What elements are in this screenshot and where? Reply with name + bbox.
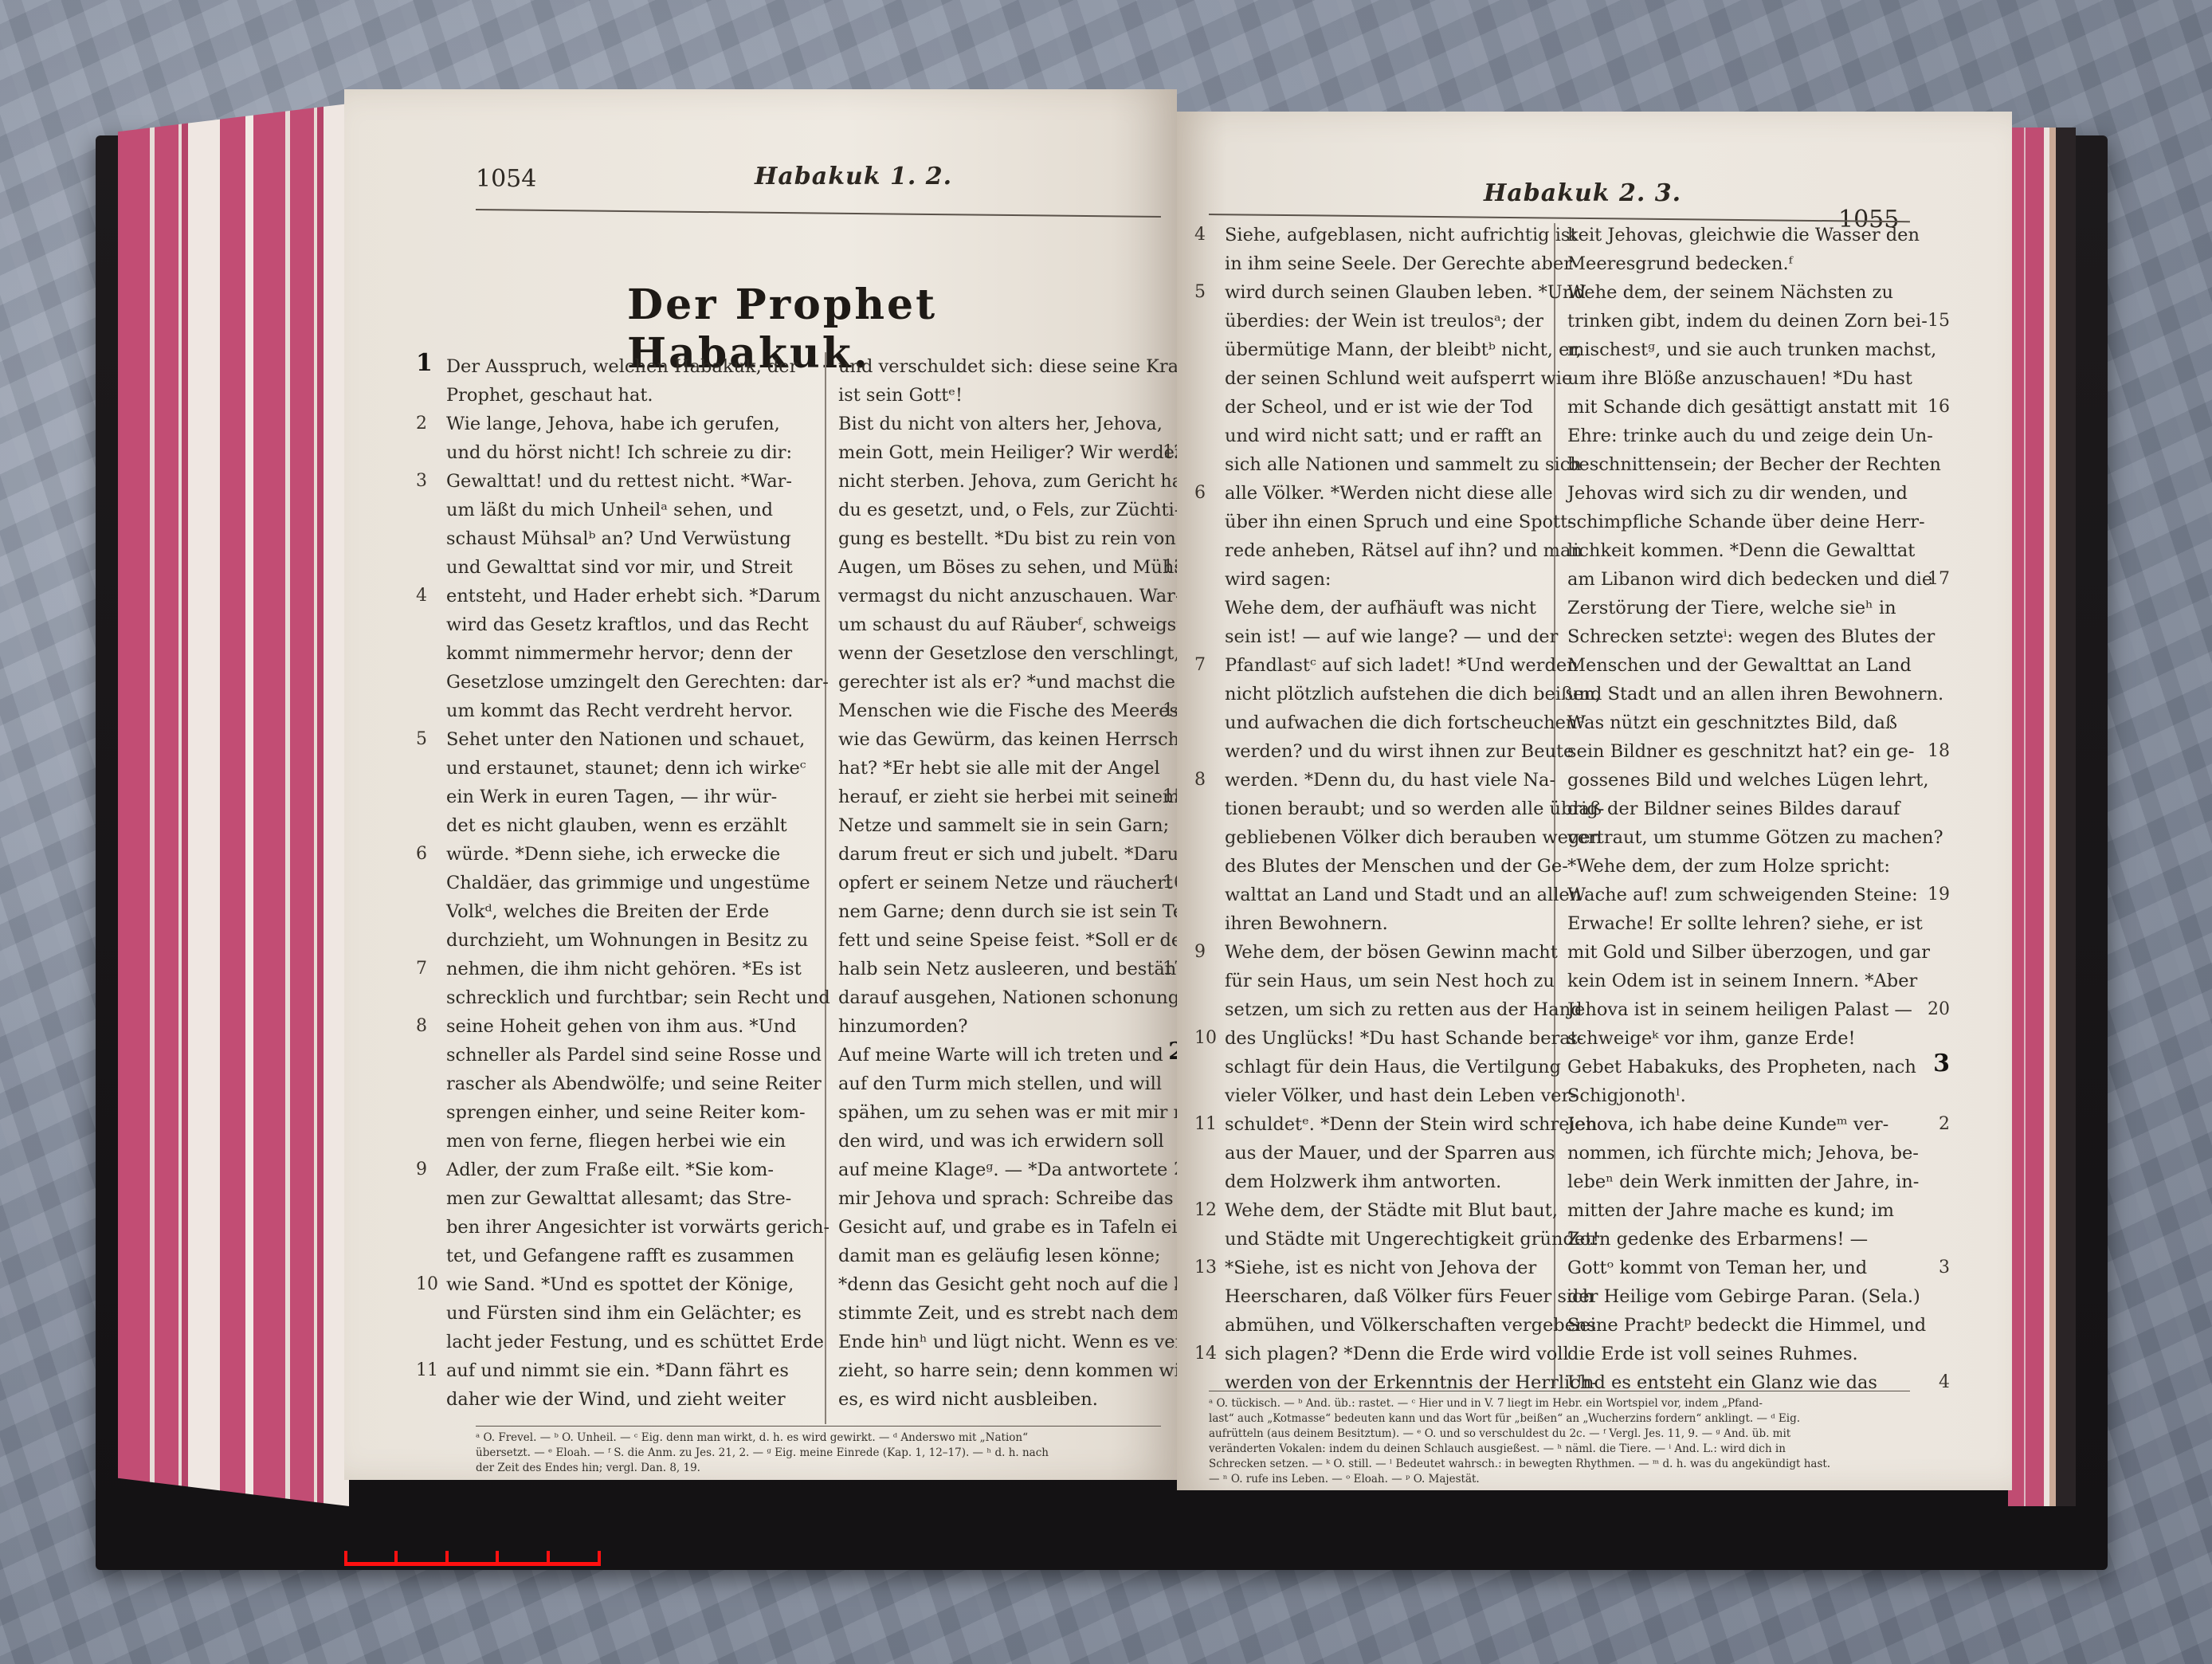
verse-line: walttat an Land und Stadt und an allen	[1225, 881, 1543, 909]
verse-line: du es gesetzt, und, o Fels, zur Züchti-	[838, 496, 1153, 524]
verse-line: Sehet unter den Nationen und schauet,5	[446, 725, 813, 754]
verse-number: 6	[416, 840, 427, 869]
verse-number: 1	[416, 349, 433, 378]
verse-number: 5	[1194, 278, 1206, 307]
verse-line: nicht plötzlich aufstehen die dich beiße…	[1225, 680, 1543, 708]
verse-line: schneller als Pardel sind seine Rosse un…	[446, 1041, 813, 1069]
verse-line: Netze und sammelt sie in sein Garn;	[838, 811, 1153, 840]
verse-number: 10	[416, 1270, 438, 1299]
verse-line: werden. *Denn du, du hast viele Na-8	[1225, 766, 1543, 795]
verse-line: sprengen einher, und seine Reiter kom-	[446, 1098, 813, 1127]
verse-number: 2	[1939, 1110, 1950, 1139]
verse-line: am Libanon wird dich bedecken und die17	[1567, 565, 1918, 594]
verse-line: mein Gott, mein Heiliger? Wir werden12	[838, 438, 1153, 467]
verse-line: men von ferne, fliegen herbei wie ein	[446, 1127, 813, 1156]
scale-bar	[344, 1562, 601, 1566]
footnote-line: aufrütteln (aus deinem Besitztum). — ᵉ O…	[1209, 1427, 1910, 1442]
verse-line: vertraut, um stumme Götzen zu machen?	[1567, 823, 1918, 852]
scale-tick	[496, 1551, 499, 1565]
verse-number: 15	[1928, 307, 1950, 336]
verse-line: und verschuldet sich: diese seine Kraft	[838, 352, 1153, 381]
verse-line: mit Schande dich gesättigt anstatt mit16	[1567, 393, 1918, 422]
verse-line: gung es bestellt. *Du bist zu rein von	[838, 524, 1153, 553]
verse-line: hinzumorden?	[838, 1012, 1153, 1041]
verse-line: Seine Prachtᵖ bedeckt die Himmel, und	[1567, 1311, 1918, 1340]
text-column-2: und verschuldet sich: diese seine Krafti…	[838, 352, 1153, 1414]
verse-number: 10	[1194, 1024, 1217, 1053]
verse-line: Was nützt ein geschnitztes Bild, daß	[1567, 708, 1918, 737]
verse-line: Der Ausspruch, welchen Habakuk, der1	[446, 352, 813, 381]
verse-line: setzen, um sich zu retten aus der Hand	[1225, 995, 1543, 1024]
verse-line: vieler Völker, und hast dein Leben ver-	[1225, 1081, 1543, 1110]
verse-line: wird das Gesetz kraftlos, und das Recht	[446, 610, 813, 639]
verse-line: und Gewalttat sind vor mir, und Streit	[446, 553, 813, 582]
verse-line: trinken gibt, indem du deinen Zorn bei-1…	[1567, 307, 1918, 336]
verse-number: 13	[1194, 1254, 1217, 1282]
verse-line: Und es entsteht ein Glanz wie das4	[1567, 1368, 1918, 1397]
verse-line: det es nicht glauben, wenn es erzählt	[446, 811, 813, 840]
verse-line: tet, und Gefangene rafft es zusammen	[446, 1242, 813, 1270]
verse-line: des Blutes der Menschen und der Ge-	[1225, 852, 1543, 881]
verse-line: würde. *Denn siehe, ich erwecke die6	[446, 840, 813, 869]
verse-line: lebeⁿ dein Werk inmitten der Jahre, in-	[1567, 1168, 1918, 1196]
verse-line: Jehova, ich habe deine Kundeᵐ ver-2	[1567, 1110, 1918, 1139]
verse-line: darum freut er sich und jubelt. *Darum	[838, 840, 1153, 869]
verse-line: Wehe dem, der bösen Gewinn macht9	[1225, 938, 1543, 967]
footnotes: ᵃ O. Frevel. — ᵇ O. Unheil. — ᶜ Eig. den…	[476, 1430, 1161, 1476]
verse-line: Wehe dem, der Städte mit Blut baut,12	[1225, 1196, 1543, 1225]
verse-line: es, es wird nicht ausbleiben.	[838, 1385, 1153, 1414]
verse-line: der seinen Schlund weit aufsperrt wie	[1225, 364, 1543, 393]
verse-line: in ihm seine Seele. Der Gerechte aber	[1225, 249, 1543, 278]
verse-line: Auf meine Warte will ich treten und2	[838, 1041, 1153, 1069]
footnote-rule	[476, 1426, 1161, 1427]
verse-line: nicht sterben. Jehova, zum Gericht hast	[838, 467, 1153, 496]
verse-line: auf meine Klageᵍ. — *Da antwortete2	[838, 1156, 1153, 1184]
verse-line: ben ihrer Angesichter ist vorwärts geric…	[446, 1213, 813, 1242]
verse-line: lacht jeder Festung, und es schüttet Erd…	[446, 1328, 813, 1356]
verse-line: Gebet Habakuks, des Propheten, nach3	[1567, 1053, 1918, 1081]
verse-line: sich alle Nationen und sammelt zu sich	[1225, 450, 1543, 479]
verse-line: Gottᵒ kommt von Teman her, und3	[1567, 1254, 1918, 1282]
verse-line: für sein Haus, um sein Nest hoch zu	[1225, 967, 1543, 995]
verse-number: 11	[416, 1356, 438, 1385]
verse-line: Volkᵈ, welches die Breiten der Erde	[446, 897, 813, 926]
verse-line: den wird, und was ich erwidern soll	[838, 1127, 1153, 1156]
scale-tick	[598, 1551, 601, 1565]
verse-line: Schrecken setzteⁱ: wegen des Blutes der	[1567, 622, 1918, 651]
verse-line: um läßt du mich Unheilᵃ sehen, und	[446, 496, 813, 524]
verse-line: alle Völker. *Werden nicht diese alle6	[1225, 479, 1543, 508]
verse-line: Menschen wie die Fische des Meeres,14	[838, 697, 1153, 725]
verse-line: der Scheol, und er ist wie der Tod	[1225, 393, 1543, 422]
verse-number: 3	[1933, 1050, 1950, 1078]
verse-line: und wird nicht satt; und er rafft an	[1225, 422, 1543, 450]
verse-line: Gesicht auf, und grabe es in Tafeln ein,	[838, 1213, 1153, 1242]
verse-line: und aufwachen die dich fortscheuchenᵈ	[1225, 708, 1543, 737]
verse-line: Ende hinʰ und lügt nicht. Wenn es ver-	[838, 1328, 1153, 1356]
verse-line: um kommt das Recht verdreht hervor.	[446, 697, 813, 725]
verse-line: schweigeᵏ vor ihm, ganze Erde!	[1567, 1024, 1918, 1053]
verse-line: und Stadt und an allen ihren Bewohnern.	[1567, 680, 1918, 708]
verse-line: gossenes Bild und welches Lügen lehrt,	[1567, 766, 1918, 795]
verse-line: nem Garne; denn durch sie ist sein Teil	[838, 897, 1153, 926]
verse-line: Augen, um Böses zu sehen, und Mühsalᵇ13	[838, 553, 1153, 582]
verse-number: 4	[1939, 1368, 1950, 1397]
verse-line: men zur Gewalttat allesamt; das Stre-	[446, 1184, 813, 1213]
verse-line: mitten der Jahre mache es kund; im	[1567, 1196, 1918, 1225]
verse-line: überdies: der Wein ist treulosᵃ; der	[1225, 307, 1543, 336]
verse-line: halb sein Netz ausleeren, und beständig1…	[838, 955, 1153, 983]
verse-line: Erwache! Er sollte lehren? siehe, er ist	[1567, 909, 1918, 938]
text-column-1: Siehe, aufgeblasen, nicht aufrichtig ist…	[1225, 221, 1543, 1397]
verse-line: Ehre: trinke auch du und zeige dein Un-	[1567, 422, 1918, 450]
verse-line: gerechter ist als er? *und machst die	[838, 668, 1153, 697]
verse-line: schuldetᵉ. *Denn der Stein wird schreien…	[1225, 1110, 1543, 1139]
verse-number: 8	[1194, 766, 1206, 795]
verse-line: die Erde ist voll seines Ruhmes.	[1567, 1340, 1918, 1368]
footnote-line: ᵃ O. tückisch. — ᵇ And. üb.: rastet. — ᶜ…	[1209, 1396, 1910, 1411]
verse-line: schimpfliche Schande über deine Herr-	[1567, 508, 1918, 536]
footnote-line: ᵃ O. Frevel. — ᵇ O. Unheil. — ᶜ Eig. den…	[476, 1430, 1161, 1446]
verse-line: um schaust du auf Räuberᶠ, schweigst,	[838, 610, 1153, 639]
page-number: 1054	[476, 165, 536, 193]
verse-line: hat? *Er hebt sie alle mit der Angel	[838, 754, 1153, 783]
verse-line: werden? und du wirst ihnen zur Beute	[1225, 737, 1543, 766]
left-page: 1054 Habakuk 1. 2. Der Prophet Habakuk. …	[344, 89, 1177, 1480]
verse-line: Adler, der zum Fraße eilt. *Sie kom-9	[446, 1156, 813, 1184]
verse-line: schaust Mühsalᵇ an? Und Verwüstung	[446, 524, 813, 553]
scale-tick	[394, 1551, 398, 1565]
verse-line: sein ist! — auf wie lange? — und der	[1225, 622, 1543, 651]
verse-line: spähen, um zu sehen was er mit mir re-	[838, 1098, 1153, 1127]
verse-line: ist sein Gottᵉ!	[838, 381, 1153, 410]
verse-line: sich plagen? *Denn die Erde wird voll14	[1225, 1340, 1543, 1368]
verse-line: kommt nimmermehr hervor; denn der	[446, 639, 813, 668]
verse-line: mir Jehova und sprach: Schreibe das	[838, 1184, 1153, 1213]
verse-line: der Heilige vom Gebirge Paran. (Sela.)	[1567, 1282, 1918, 1311]
verse-line: Siehe, aufgeblasen, nicht aufrichtig ist…	[1225, 221, 1543, 249]
verse-line: werden von der Erkenntnis der Herrlich-	[1225, 1368, 1543, 1397]
text-column-1: Der Ausspruch, welchen Habakuk, der1Prop…	[446, 352, 813, 1414]
verse-line: rede anheben, Rätsel auf ihn? und man	[1225, 536, 1543, 565]
verse-line: Wache auf! zum schweigenden Steine:19	[1567, 881, 1918, 909]
verse-line: ein Werk in euren Tagen, — ihr wür-	[446, 783, 813, 811]
verse-line: nommen, ich fürchte mich; Jehova, be-	[1567, 1139, 1918, 1168]
verse-number: 19	[1928, 881, 1950, 909]
verse-number: 18	[1928, 737, 1950, 766]
verse-number: 14	[1194, 1340, 1217, 1368]
verse-line: Jehova ist in seinem heiligen Palast —20	[1567, 995, 1918, 1024]
verse-number: 11	[1194, 1110, 1217, 1139]
verse-line: aus der Mauer, und der Sparren aus	[1225, 1139, 1543, 1168]
verse-line: Jehovas wird sich zu dir wenden, und	[1567, 479, 1918, 508]
verse-line: wie Sand. *Und es spottet der Könige,10	[446, 1270, 813, 1299]
verse-line: beschnittensein; der Becher der Rechten	[1567, 450, 1918, 479]
verse-line: *denn das Gesicht geht noch auf die be-3	[838, 1270, 1153, 1299]
verse-line: gebliebenen Völker dich berauben wegen	[1225, 823, 1543, 852]
verse-line: Gewalttat! und du rettest nicht. *War-3	[446, 467, 813, 496]
verse-number: 5	[416, 725, 427, 754]
footnote-line: — ⁿ O. rufe ins Leben. — ᵒ Eloah. — ᵖ O.…	[1209, 1472, 1910, 1487]
footnote-line: veränderten Vokalen: indem du deinen Sch…	[1209, 1442, 1910, 1457]
footnote-line: last“ auch „Kotmasse“ bedeuten kann und …	[1209, 1411, 1910, 1427]
verse-line: kein Odem ist in seinem Innern. *Aber	[1567, 967, 1918, 995]
right-page: Habakuk 2. 3. 1055 Siehe, aufgeblasen, n…	[1177, 112, 2012, 1490]
left-page-edges	[118, 104, 349, 1506]
verse-line: mischestᵍ, und sie auch trunken machst,	[1567, 336, 1918, 364]
verse-line: Menschen und der Gewalttat an Land	[1567, 651, 1918, 680]
verse-line: Schigjonothˡ.	[1567, 1081, 1918, 1110]
verse-line: rascher als Abendwölfe; und seine Reiter	[446, 1069, 813, 1098]
verse-line: und Fürsten sind ihm ein Gelächter; es	[446, 1299, 813, 1328]
verse-number: 17	[1928, 565, 1950, 594]
verse-line: fett und seine Speise feist. *Soll er de…	[838, 926, 1153, 955]
column-divider	[825, 352, 826, 1424]
verse-line: ihren Bewohnern.	[1225, 909, 1543, 938]
verse-line: seine Hoheit gehen von ihm aus. *Und8	[446, 1012, 813, 1041]
verse-line: Wie lange, Jehova, habe ich gerufen,2	[446, 410, 813, 438]
verse-line: und erstaunet, staunet; denn ich wirkeᶜ	[446, 754, 813, 783]
verse-line: Bist du nicht von alters her, Jehova,	[838, 410, 1153, 438]
verse-line: und Städte mit Ungerechtigkeit gründet!	[1225, 1225, 1543, 1254]
verse-line: entsteht, und Hader erhebt sich. *Darum4	[446, 582, 813, 610]
verse-number: 12	[1194, 1196, 1217, 1225]
scale-tick	[344, 1551, 347, 1565]
running-head: Habakuk 2. 3.	[1484, 179, 1681, 207]
footnote-line: Schrecken setzen. — ᵏ O. still. — ˡ Bede…	[1209, 1457, 1910, 1472]
verse-line: damit man es geläufig lesen könne;	[838, 1242, 1153, 1270]
verse-line: Zorn gedenke des Erbarmens! —	[1567, 1225, 1918, 1254]
text-column-2: keit Jehovas, gleichwie die Wasser denMe…	[1567, 221, 1918, 1397]
verse-line: *Siehe, ist es nicht von Jehova der13	[1225, 1254, 1543, 1282]
verse-line: lichkeit kommen. *Denn die Gewalttat	[1567, 536, 1918, 565]
verse-line: darauf ausgehen, Nationen schonungslos	[838, 983, 1153, 1012]
verse-line: daß der Bildner seines Bildes darauf	[1567, 795, 1918, 823]
scale-tick	[547, 1551, 550, 1565]
verse-line: um ihre Blöße anzuschauen! *Du hast	[1567, 364, 1918, 393]
verse-number: 7	[416, 955, 427, 983]
verse-line: Heerscharen, daß Völker fürs Feuer sich	[1225, 1282, 1543, 1311]
right-page-edges	[2008, 128, 2076, 1506]
verse-number: 6	[1194, 479, 1206, 508]
verse-line: herauf, er zieht sie herbei mit seinem15	[838, 783, 1153, 811]
verse-line: Wehe dem, der seinem Nächsten zu	[1567, 278, 1918, 307]
verse-line: auf den Turm mich stellen, und will	[838, 1069, 1153, 1098]
verse-number: 9	[416, 1156, 427, 1184]
verse-number: 4	[416, 582, 427, 610]
verse-line: Gesetzlose umzingelt den Gerechten: dar-	[446, 668, 813, 697]
verse-line: mit Gold und Silber überzogen, und gar	[1567, 938, 1918, 967]
running-head: Habakuk 1. 2.	[755, 163, 952, 190]
footnote-line: der Zeit des Endes hin; vergl. Dan. 8, 1…	[476, 1461, 1161, 1476]
footnotes: ᵃ O. tückisch. — ᵇ And. üb.: rastet. — ᶜ…	[1209, 1396, 1910, 1487]
verse-line: wird sagen:	[1225, 565, 1543, 594]
verse-number: 9	[1194, 938, 1206, 967]
verse-line: Chaldäer, das grimmige und ungestüme	[446, 869, 813, 897]
verse-line: schlagt für dein Haus, die Vertilgung	[1225, 1053, 1543, 1081]
verse-line: wird durch seinen Glauben leben. *Und5	[1225, 278, 1543, 307]
verse-line: Prophet, geschaut hat.	[446, 381, 813, 410]
verse-number: 2	[416, 410, 427, 438]
verse-line: schrecklich und furchtbar; sein Recht un…	[446, 983, 813, 1012]
verse-number: 16	[1928, 393, 1950, 422]
verse-number: 3	[416, 467, 427, 496]
verse-line: und du hörst nicht! Ich schreie zu dir:	[446, 438, 813, 467]
verse-line: Zerstörung der Tiere, welche sieʰ in	[1567, 594, 1918, 622]
verse-line: daher wie der Wind, und zieht weiter	[446, 1385, 813, 1414]
footnote-rule	[1209, 1391, 1910, 1391]
verse-line: Wehe dem, der aufhäuft was nicht	[1225, 594, 1543, 622]
verse-line: abmühen, und Völkerschaften vergebens	[1225, 1311, 1543, 1340]
verse-line: zieht, so harre sein; denn kommen wird	[838, 1356, 1153, 1385]
verse-number: 4	[1194, 221, 1206, 249]
verse-line: Meeresgrund bedecken.ᶠ	[1567, 249, 1918, 278]
verse-line: durchzieht, um Wohnungen in Besitz zu	[446, 926, 813, 955]
verse-number: 7	[1194, 651, 1206, 680]
footnote-line: übersetzt. — ᵉ Eloah. — ᶠ S. die Anm. zu…	[476, 1446, 1161, 1461]
verse-number: 20	[1928, 995, 1950, 1024]
verse-line: auf und nimmt sie ein. *Dann fährt es11	[446, 1356, 813, 1385]
verse-line: stimmte Zeit, und es strebt nach dem	[838, 1299, 1153, 1328]
verse-line: sein Bildner es geschnitzt hat? ein ge-1…	[1567, 737, 1918, 766]
verse-line: *Wehe dem, der zum Holze spricht:	[1567, 852, 1918, 881]
verse-line: nehmen, die ihm nicht gehören. *Es ist7	[446, 955, 813, 983]
verse-number: 3	[1939, 1254, 1950, 1282]
verse-line: über ihn einen Spruch und eine Spott-	[1225, 508, 1543, 536]
verse-line: vermagst du nicht anzuschauen. War-	[838, 582, 1153, 610]
verse-line: dem Holzwerk ihm antworten.	[1225, 1168, 1543, 1196]
header-rule	[476, 209, 1161, 218]
scale-tick	[445, 1551, 449, 1565]
verse-line: opfert er seinem Netze und räuchert sei-…	[838, 869, 1153, 897]
verse-number: 8	[416, 1012, 427, 1041]
verse-line: des Unglücks! *Du hast Schande berat-10	[1225, 1024, 1543, 1053]
verse-line: Pfandlastᶜ auf sich ladet! *Und werden7	[1225, 651, 1543, 680]
verse-line: übermütige Mann, der bleibtᵇ nicht, er,	[1225, 336, 1543, 364]
verse-line: wenn der Gesetzlose den verschlingt, der	[838, 639, 1153, 668]
verse-line: tionen beraubt; und so werden alle übrig…	[1225, 795, 1543, 823]
verse-line: wie das Gewürm, das keinen Herrscher	[838, 725, 1153, 754]
verse-line: keit Jehovas, gleichwie die Wasser den	[1567, 221, 1918, 249]
